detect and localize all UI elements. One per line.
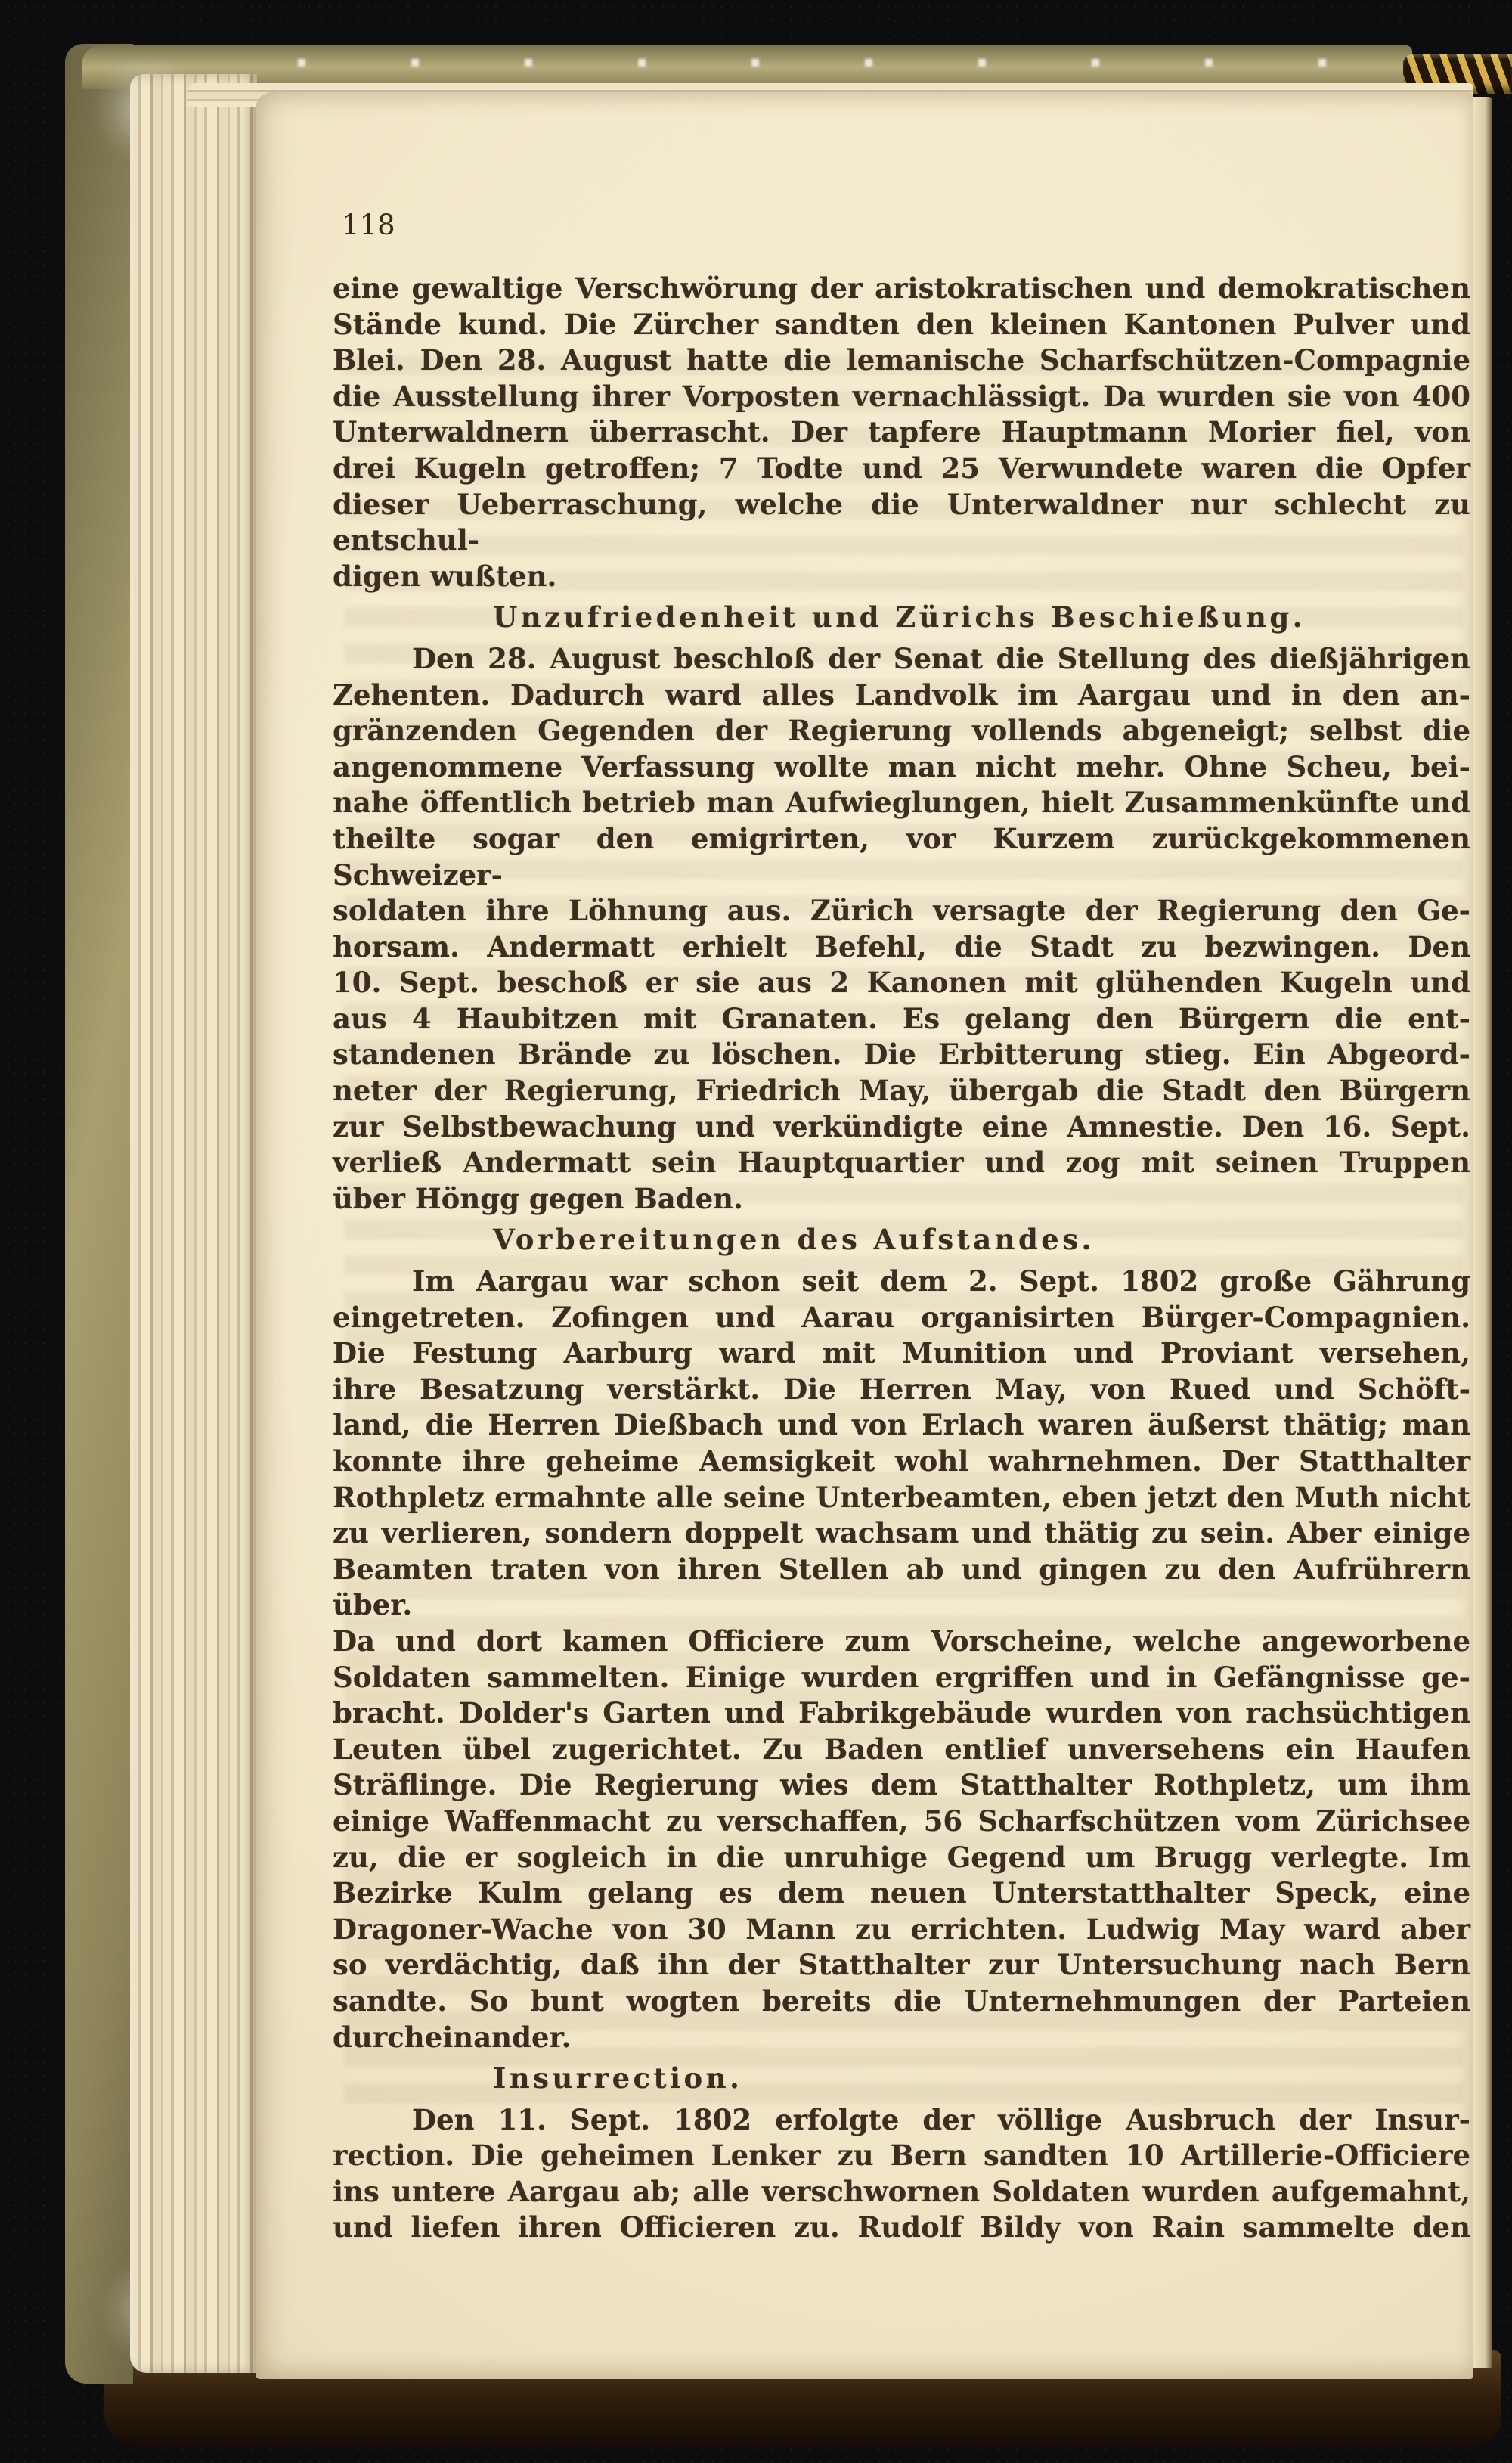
text-line: über Höngg gegen Baden.: [333, 1181, 1470, 1218]
text-line: nahe öffentlich betrieb man Aufwieglunge…: [333, 785, 1470, 821]
text-line: aus 4 Haubitzen mit Granaten. Es gelang …: [333, 1001, 1470, 1038]
text-line: und liefen ihren Officieren zu. Rudolf B…: [333, 2210, 1470, 2246]
text-line: Den 28. August beschloß der Senat die St…: [333, 641, 1470, 678]
text-line: eine gewaltige Verschwörung der aristokr…: [333, 271, 1470, 307]
text-line: gränzenden Gegenden der Regierung vollen…: [333, 713, 1470, 749]
paragraph-4: Den 11. Sept. 1802 erfolgte der völlige …: [333, 2102, 1470, 2246]
page-text-column: eine gewaltige Verschwörung der aristokr…: [333, 271, 1470, 2246]
text-line: dieser Ueberraschung, welche die Unterwa…: [333, 487, 1470, 559]
paragraph-2: Den 28. August beschloß der Senat die St…: [333, 641, 1470, 1218]
text-line: bracht. Dolder's Garten und Fabrikgebäud…: [333, 1695, 1470, 1732]
text-line: 10. Sept. beschoß er sie aus 2 Kanonen m…: [333, 965, 1470, 1001]
text-line: zu, die er sogleich in die unruhige Gege…: [333, 1840, 1470, 1876]
text-line: die Ausstellung ihrer Vorposten vernachl…: [333, 379, 1470, 415]
text-line: standenen Brände zu löschen. Die Erbitte…: [333, 1037, 1470, 1073]
text-line: drei Kugeln getroffen; 7 Todte und 25 Ve…: [333, 451, 1470, 487]
text-line: angenommene Verfassung wollte man nicht …: [333, 749, 1470, 786]
text-line: Zehenten. Dadurch ward alles Landvolk im…: [333, 678, 1470, 714]
text-line: verließ Andermatt sein Hauptquartier und…: [333, 1145, 1470, 1181]
text-line: rection. Die geheimen Lenker zu Bern san…: [333, 2138, 1470, 2174]
text-line: sandte. So bunt wogten bereits die Unter…: [333, 1984, 1470, 2020]
text-line: Bezirke Kulm gelang es dem neuen Unterst…: [333, 1875, 1470, 1912]
section-heading-3: Insurrection.: [333, 2061, 1470, 2097]
text-line: neter der Regierung, Friedrich May, über…: [333, 1073, 1470, 1109]
text-line: Im Aargau war schon seit dem 2. Sept. 18…: [333, 1264, 1470, 1300]
text-line: theilte sogar den emigrirten, vor Kurzem…: [333, 821, 1470, 893]
text-line: Da und dort kamen Officiere zum Vorschei…: [333, 1624, 1470, 1660]
text-line: durcheinander.: [333, 2020, 1470, 2056]
text-line: Den 11. Sept. 1802 erfolgte der völlige …: [333, 2102, 1470, 2139]
text-line: Blei. Den 28. August hatte die lemanisch…: [333, 343, 1470, 379]
section-heading-1: Unzufriedenheit und Zürichs Beschießung.: [333, 600, 1470, 636]
paragraph-1: eine gewaltige Verschwörung der aristokr…: [333, 271, 1470, 594]
text-line: Soldaten sammelten. Einige wurden ergrif…: [333, 1660, 1470, 1696]
text-line: so verdächtig, daß ihn der Statthalter z…: [333, 1947, 1470, 1984]
paragraph-3: Im Aargau war schon seit dem 2. Sept. 18…: [333, 1264, 1470, 2055]
text-line: ihre Besatzung verstärkt. Die Herren May…: [333, 1372, 1470, 1408]
text-line: ins untere Aargau ab; alle verschwornen …: [333, 2174, 1470, 2210]
text-line: land, die Herren Dießbach und von Erlach…: [333, 1407, 1470, 1444]
text-line: Rothpletz ermahnte alle seine Unterbeamt…: [333, 1480, 1470, 1516]
text-line: Stände kund. Die Zürcher sandten den kle…: [333, 307, 1470, 343]
text-line: Leuten übel zugerichtet. Zu Baden entlie…: [333, 1732, 1470, 1768]
page-edge-stack-left: [130, 74, 257, 2373]
cover-glints: [249, 59, 1331, 67]
text-line: Die Festung Aarburg ward mit Munition un…: [333, 1335, 1470, 1372]
facing-page-edge: [1473, 97, 1492, 2368]
section-heading-2: Vorbereitungen des Aufstandes.: [333, 1222, 1470, 1258]
text-line: zur Selbstbewachung und verkündigte eine…: [333, 1109, 1470, 1146]
text-line: digen wußten.: [333, 559, 1470, 595]
text-line: einige Waffenmacht zu verschaffen, 56 Sc…: [333, 1804, 1470, 1840]
text-line: horsam. Andermatt erhielt Befehl, die St…: [333, 929, 1470, 966]
text-line: konnte ihre geheime Aemsigkeit wohl wahr…: [333, 1444, 1470, 1480]
book-cover-edge-left: [65, 44, 133, 2384]
text-line: Sträflinge. Die Regierung wies dem Statt…: [333, 1767, 1470, 1804]
text-line: eingetreten. Zofingen und Aarau organisi…: [333, 1300, 1470, 1336]
text-line: Dragoner-Wache von 30 Mann zu errichten.…: [333, 1912, 1470, 1948]
text-line: soldaten ihre Löhnung aus. Zürich versag…: [333, 893, 1470, 929]
page-number: 118: [342, 209, 395, 241]
text-line: Beamten traten von ihren Stellen ab und …: [333, 1552, 1470, 1624]
text-line: zu verlieren, sondern doppelt wachsam un…: [333, 1515, 1470, 1552]
text-line: Unterwaldnern überrascht. Der tapfere Ha…: [333, 414, 1470, 451]
book-photo-stage: 118 eine gewaltige Verschwörung der aris…: [0, 0, 1512, 2463]
